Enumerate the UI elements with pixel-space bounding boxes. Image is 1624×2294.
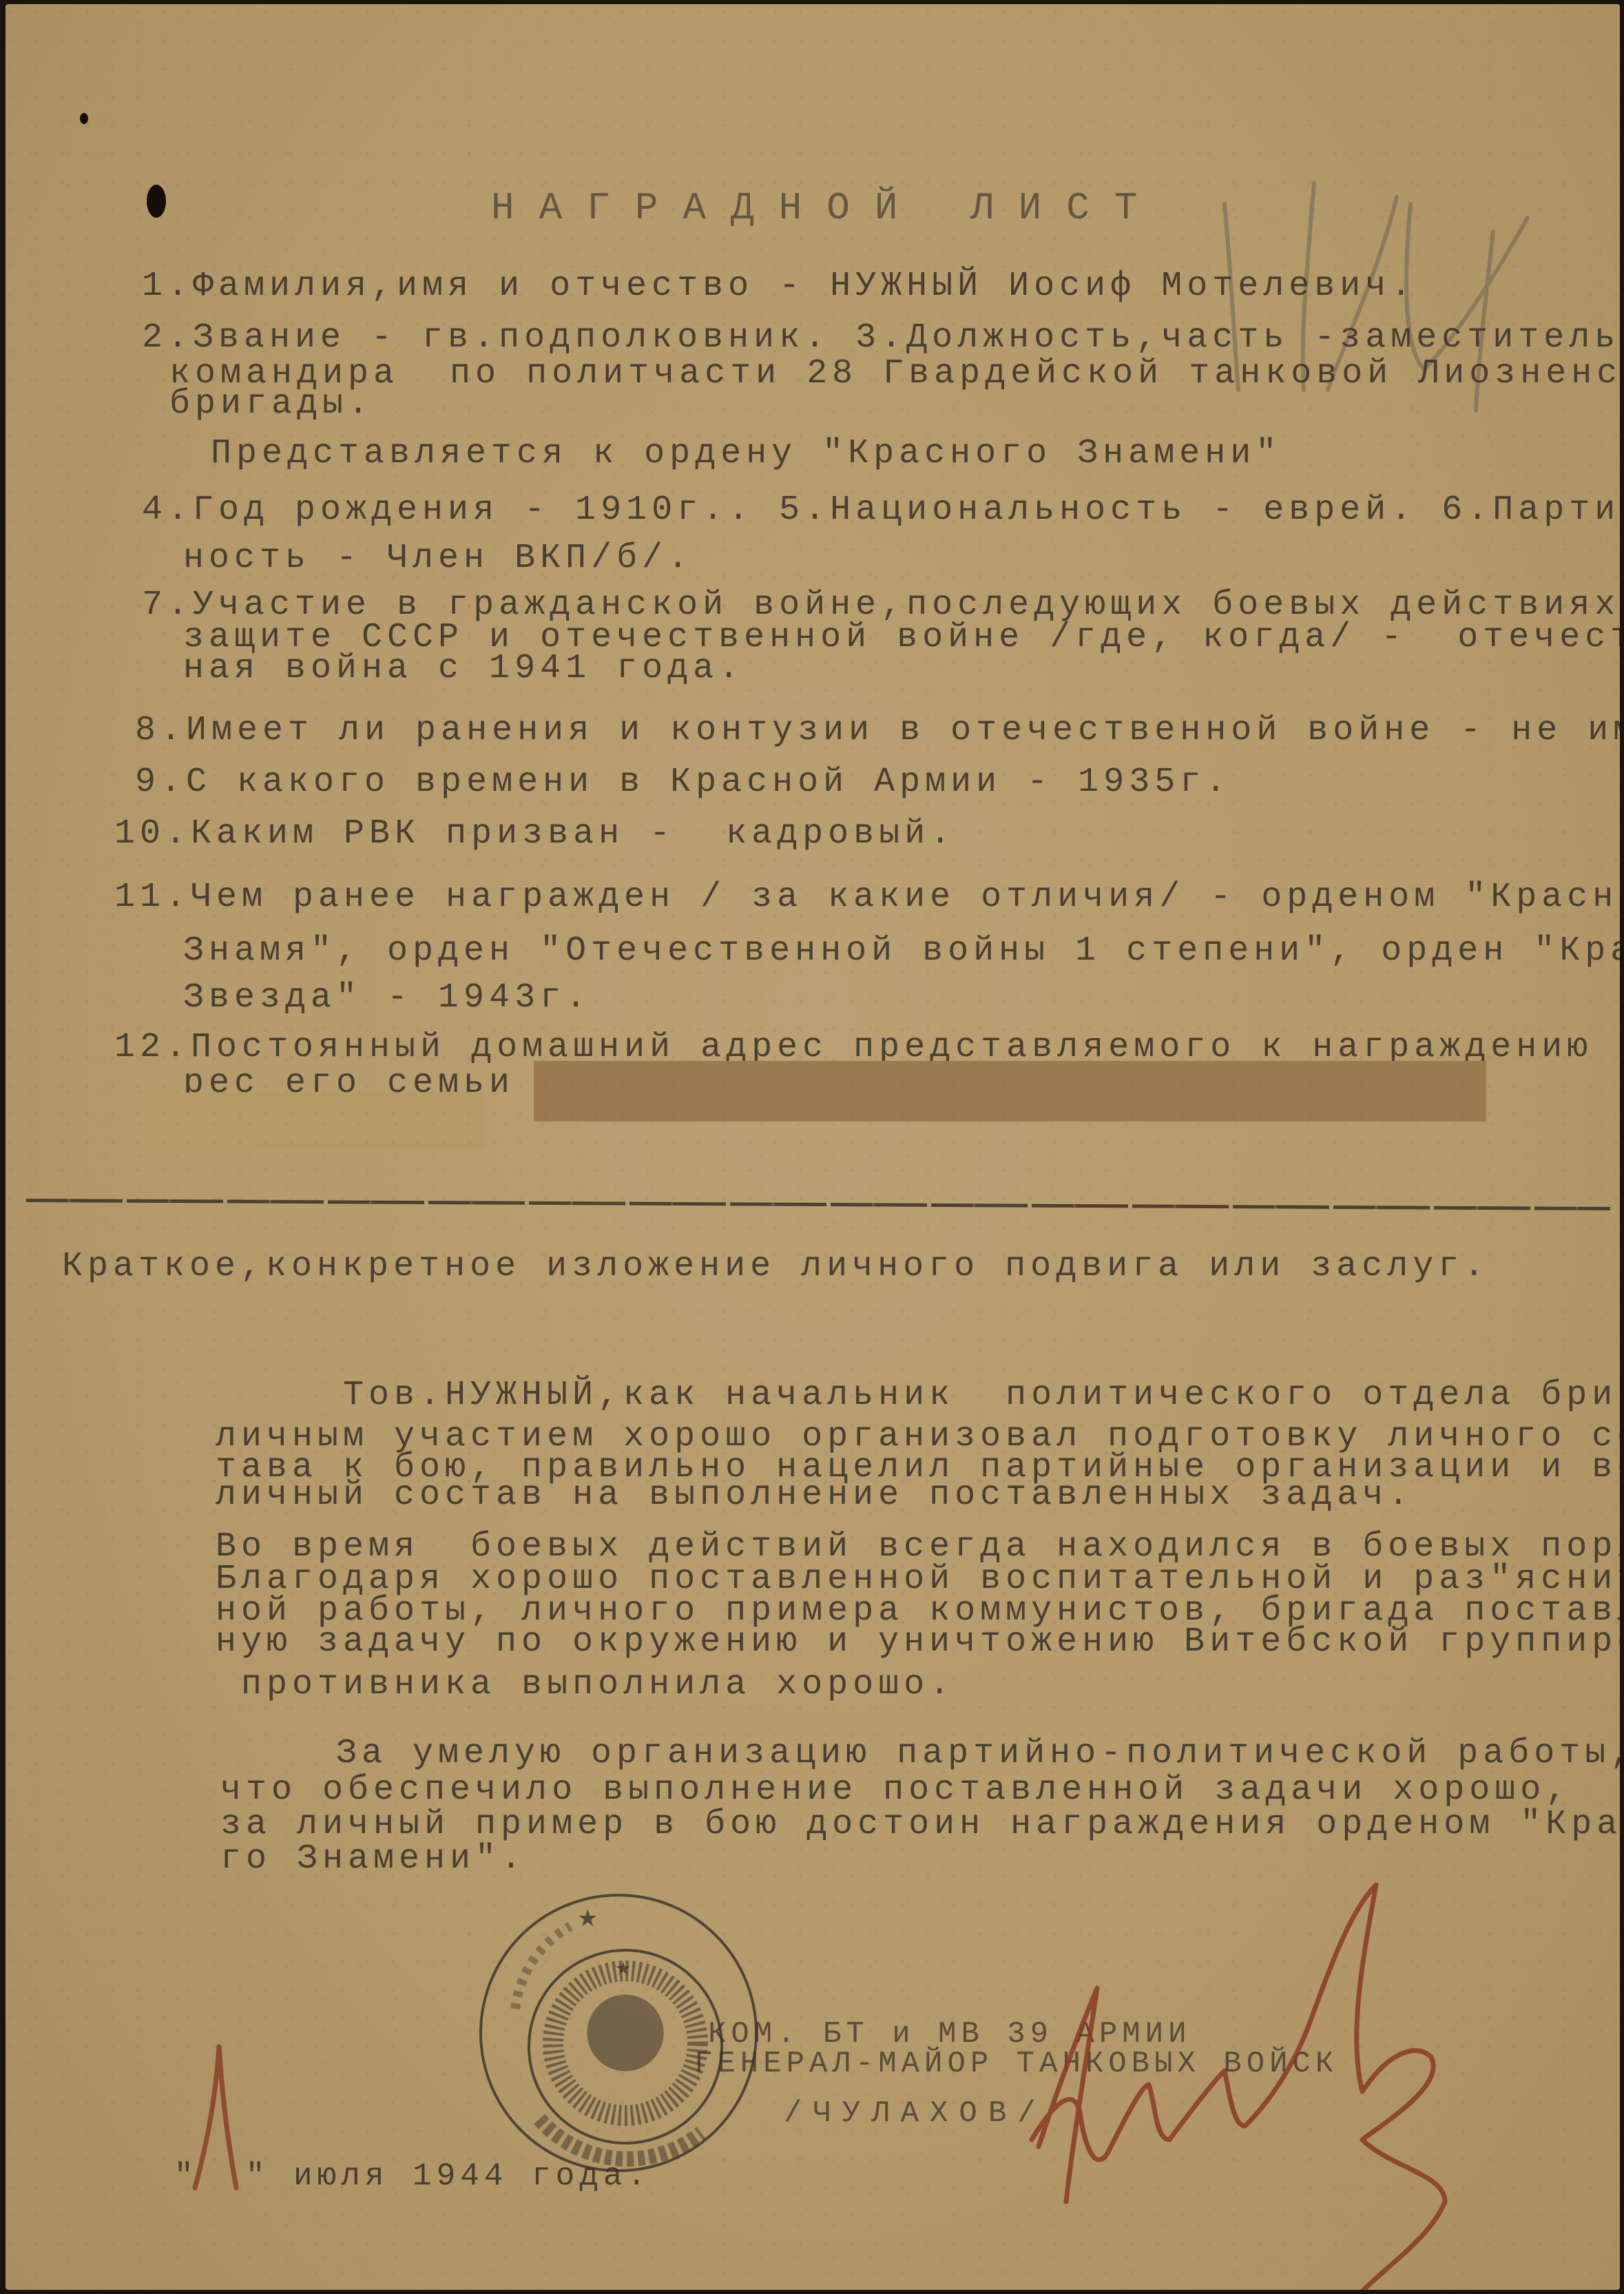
conclusion-line: За умелую организацию партийно-политичес… (336, 1737, 1620, 1771)
narrative-line: противника выполнила хорошо. (216, 1668, 955, 1702)
punch-hole (147, 185, 166, 218)
field-11-line3: Звезда" - 1943г. (183, 981, 591, 1015)
field-11-previous-awards: 11.Чем ранее награжден / за какие отличи… (114, 880, 1620, 915)
section-heading: Краткое,конкретное изложение личного под… (62, 1250, 1489, 1284)
field-2-rank-position-line3: бригады. (169, 387, 373, 422)
narrative-line: ную задачу по окружению и уничтожению Ви… (216, 1625, 1620, 1660)
document-date: " " июля 1944 года. (174, 2160, 651, 2192)
svg-text:★: ★ (577, 1905, 598, 1932)
handwritten-signature (1004, 1878, 1620, 2290)
paper-damage-mark (80, 113, 88, 124)
field-12-home-address: 12.Постоянный домашний адрес представляе… (114, 1031, 1620, 1065)
svg-text:★: ★ (615, 1959, 631, 1979)
field-8-wounds: 8.Имеет ли ранения и контузии в отечеств… (135, 714, 1620, 748)
field-7-line3: ная война с 1941 года. (183, 652, 744, 686)
conclusion-line: за личный пример в бою достоин награжден… (220, 1808, 1620, 1842)
field-11-line2: Знамя", орден "Отечественной войны 1 сте… (183, 934, 1620, 969)
award-sheet-page: НАГРАДНОЙ ЛИСТ 1.Фамилия,имя и отчество … (6, 4, 1620, 2290)
field-10-draft-office: 10.Каким РВК призван - кадровый. (114, 817, 955, 851)
section-divider-line (26, 1199, 1610, 1210)
field-4-birth-nationality-party: 4.Год рождения - 1910г.. 5.Национальност… (142, 493, 1620, 528)
document-title: НАГРАДНОЙ ЛИСТ (491, 189, 1162, 227)
address-redaction-box (534, 1061, 1486, 1122)
narrative-line: Тов.НУЖНЫЙ,как начальник политического о… (343, 1378, 1620, 1413)
conclusion-line: го Знамени". (220, 1842, 526, 1877)
narrative-line: личный состав на выполнение поставленных… (216, 1478, 1413, 1513)
field-6-party-line2: ность - Член ВКП/б/. (183, 541, 693, 576)
field-2-rank-position-line2: командира по политчасти 28 Гвардейской т… (169, 357, 1620, 391)
conclusion-line: что обеспечило выполнение поставленной з… (220, 1773, 1571, 1808)
address-redaction-box-2 (150, 1093, 484, 1148)
field-9-service-since: 9.С какого времени в Красной Армии - 193… (135, 765, 1231, 800)
field-2-rank-position: 2.Звание - гв.подполковник. 3.Должность,… (142, 321, 1620, 355)
field-1-full-name: 1.Фамилия,имя и отчество - НУЖНЫЙ Иосиф … (142, 269, 1416, 304)
nomination-line: Представляется к ордену "Красного Знамен… (211, 437, 1281, 471)
